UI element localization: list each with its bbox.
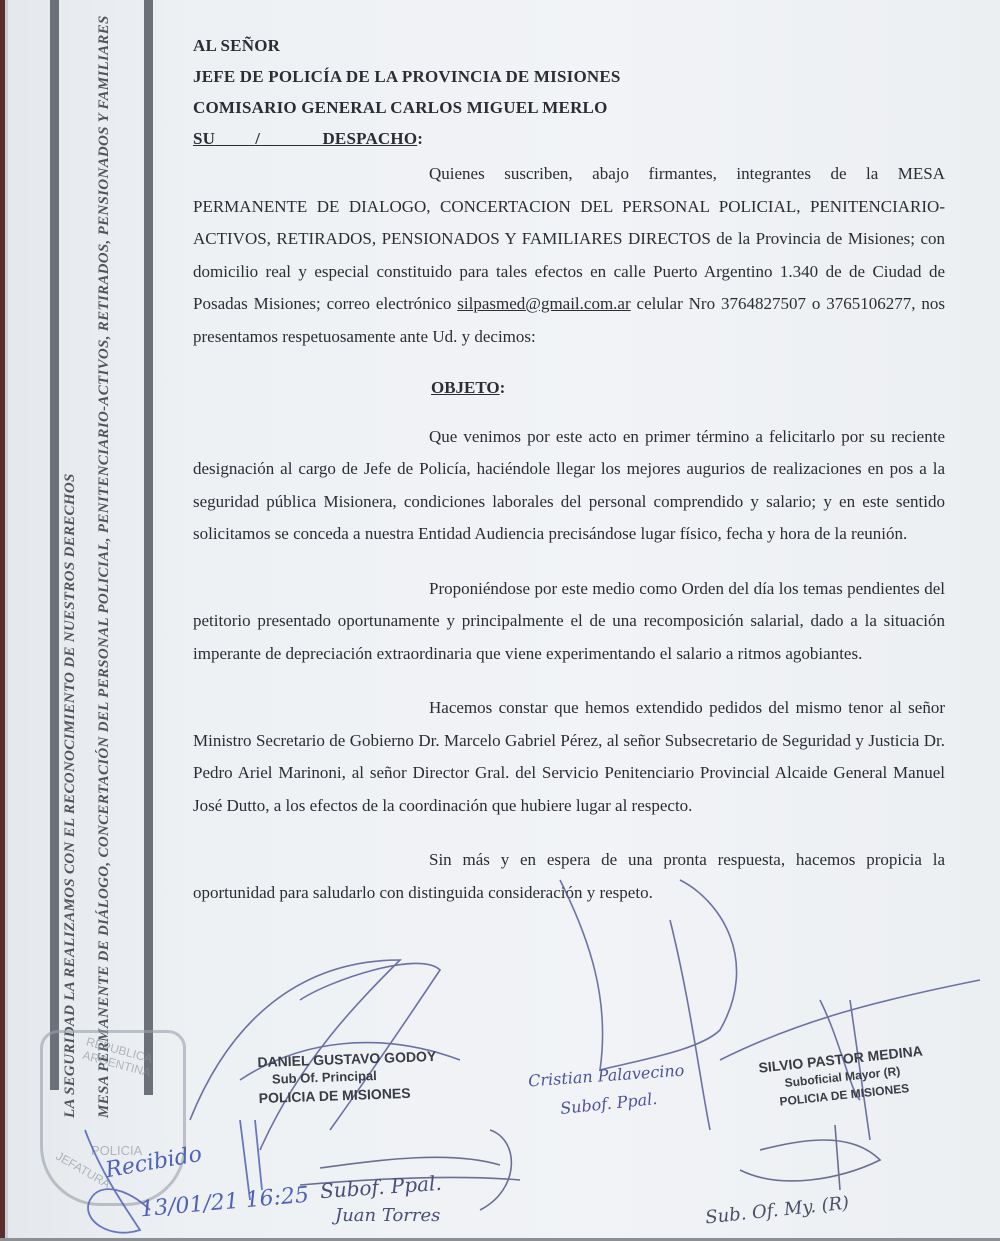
margin-letterhead xyxy=(8,0,180,1120)
signature-3-rank: Subof. Ppal. xyxy=(319,1171,442,1203)
closing-text: Sin más y en espera de una pronta respue… xyxy=(193,850,945,902)
paragraph-1: Que venimos por este acto en primer térm… xyxy=(193,421,945,551)
addressee-line-3: COMISARIO GENERAL CARLOS MIGUEL MERLO xyxy=(193,92,945,123)
signature-medina: SILVIO PASTOR MEDINA Suboficial Mayor (R… xyxy=(758,1042,928,1113)
paragraph-1-text: Que venimos por este acto en primer térm… xyxy=(193,427,945,544)
objeto-label: OBJETO xyxy=(431,378,500,397)
signature-4-rank: Sub. Of. My. (R) xyxy=(704,1193,850,1229)
paragraph-3: Hacemos constar que hemos extendido pedi… xyxy=(193,692,945,822)
su-label: SU xyxy=(193,129,215,148)
paragraph-2: Proponiéndose por este medio como Orden … xyxy=(193,573,945,671)
margin-rule-left xyxy=(50,0,59,1090)
colon: : xyxy=(417,129,423,148)
objeto-heading: OBJETO: xyxy=(431,372,945,405)
signature-palavecino: Cristian Palavecino xyxy=(528,1061,685,1091)
signature-palavecino-rank: Subof. Ppal. xyxy=(559,1089,658,1118)
paragraph-2-text: Proponiéndose por este medio como Orden … xyxy=(193,579,945,663)
margin-organization: MESA PERMANENTE DE DIÁLOGO, CONCERTACIÓN… xyxy=(96,15,113,1118)
addressee-line-1: AL SEÑOR xyxy=(193,30,945,61)
objeto-colon: : xyxy=(500,372,506,405)
closing-paragraph: Sin más y en espera de una pronta respue… xyxy=(193,844,945,909)
addressee-line-2: JEFE DE POLICÍA DE LA PROVINCIA DE MISIO… xyxy=(193,61,945,92)
document-page: LA SEGURIDAD LA REALIZAMOS CON EL RECONO… xyxy=(0,0,1000,1241)
paragraph-3-text: Hacemos constar que hemos extendido pedi… xyxy=(193,698,945,815)
email-link[interactable]: silpasmed@gmail.com.ar xyxy=(457,294,630,313)
signature-godoy: DANIEL GUSTAVO GODOY Sub Of. Principal P… xyxy=(257,1047,438,1107)
addressee-line-4: SU / DESPACHO: xyxy=(193,123,945,154)
slash: / xyxy=(255,129,260,148)
stamp-top-text: REPUBLICA ARGENTINA xyxy=(81,1035,185,1088)
intro-text-a: Quienes suscriben, abajo firmantes, inte… xyxy=(193,164,945,313)
margin-slogan: LA SEGURIDAD LA REALIZAMOS CON EL RECONO… xyxy=(62,473,79,1118)
letter-body: AL SEÑOR JEFE DE POLICÍA DE LA PROVINCIA… xyxy=(193,30,945,909)
despacho-label: DESPACHO xyxy=(322,129,417,148)
signature-3-name: Juan Torres xyxy=(335,1205,440,1226)
intro-paragraph: Quienes suscriben, abajo firmantes, inte… xyxy=(193,158,945,353)
margin-rule-right xyxy=(144,0,153,1095)
